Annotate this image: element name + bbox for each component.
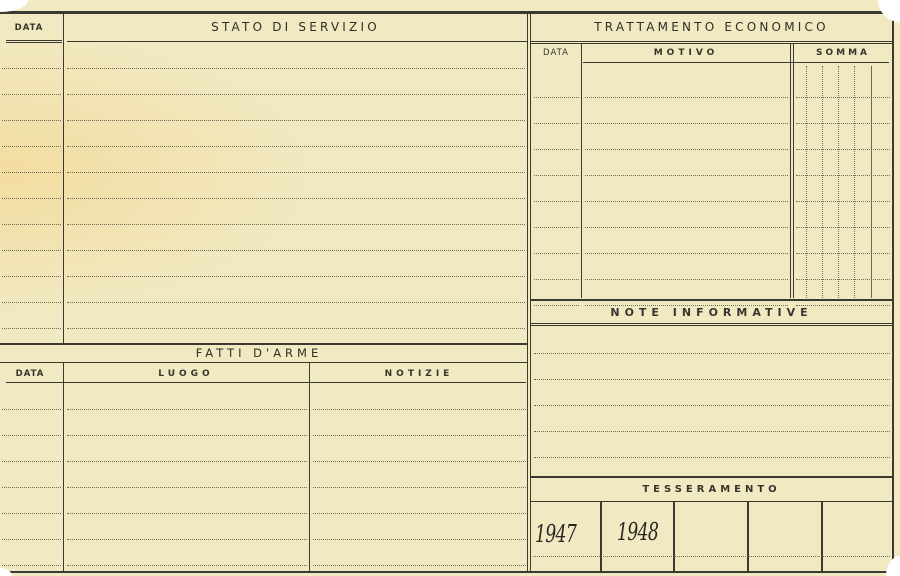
trattamento-somma-divider-b [793, 44, 794, 298]
note-title-rule [531, 323, 892, 324]
ruled-line [67, 302, 525, 303]
somma-dotted-col-2 [822, 66, 823, 298]
stato-header-rule-main [67, 41, 527, 42]
ruled-line [796, 97, 890, 98]
ruled-line [67, 68, 525, 69]
trattamento-title-rule-2 [531, 43, 892, 44]
ruled-line [67, 120, 525, 121]
tesseramento-cell-divider-4 [821, 502, 823, 571]
ruled-line [534, 201, 579, 202]
ruled-line [67, 435, 307, 436]
ruled-line [67, 328, 525, 329]
ruled-line [313, 435, 526, 436]
tesseramento-cell-divider-1 [600, 502, 602, 571]
fatti-notizie-header: NOTIZIE [311, 369, 527, 379]
top-border [0, 11, 894, 14]
ruled-line [796, 175, 890, 176]
ruled-line [67, 276, 525, 277]
note-informative-title: NOTE INFORMATIVE [531, 306, 892, 319]
somma-dotted-col-4 [854, 66, 855, 298]
somma-dotted-col-3 [838, 66, 839, 298]
ruled-line [534, 353, 890, 354]
ruled-line [585, 123, 788, 124]
ruled-line [67, 224, 525, 225]
ruled-line [67, 409, 307, 410]
ruled-line [534, 97, 579, 98]
ruled-line [2, 461, 61, 462]
fatti-header-rule [6, 382, 526, 383]
trattamento-data-divider [581, 44, 582, 298]
ruled-line [67, 513, 307, 514]
ruled-line [585, 227, 788, 228]
ruled-line [796, 227, 890, 228]
ruled-line [2, 94, 61, 95]
ruled-line [796, 149, 890, 150]
ruled-line [313, 409, 526, 410]
ruled-line [2, 276, 61, 277]
rounded-corner-top-right [878, 0, 900, 22]
ruled-line [2, 224, 61, 225]
ruled-line [2, 565, 61, 566]
ruled-line [2, 146, 61, 147]
ruled-line [67, 146, 525, 147]
ruled-line [585, 97, 788, 98]
ruled-line [534, 457, 890, 458]
fatti-data-header: DATA [0, 369, 60, 379]
tesseramento-year-1: 1947 [535, 520, 576, 548]
somma-cents-divider [871, 66, 872, 298]
ruled-line [2, 328, 61, 329]
trattamento-somma-header: SOMMA [795, 48, 891, 58]
ruled-line [67, 94, 525, 95]
ruled-line [2, 409, 61, 410]
tesseramento-title-rule [531, 501, 892, 502]
tesseramento-baseline [533, 556, 890, 557]
fatti-top-rule [0, 343, 528, 345]
ruled-line [585, 279, 788, 280]
note-top-rule [531, 299, 892, 301]
worn-corner-bottom-left [0, 568, 12, 576]
ruled-line [534, 227, 579, 228]
ruled-line [313, 487, 526, 488]
ruled-line [67, 461, 307, 462]
trattamento-header-rule [583, 62, 889, 63]
ruled-line [796, 279, 890, 280]
ruled-line [585, 175, 788, 176]
ruled-line [67, 565, 307, 566]
ruled-line [2, 120, 61, 121]
rounded-corner-bottom-right [886, 556, 900, 576]
fatti-d-arme-title: FATTI D'ARME [0, 346, 518, 360]
ruled-line [534, 379, 890, 380]
ruled-line [67, 172, 525, 173]
ruled-line [313, 539, 526, 540]
stato-header-rule-data [6, 40, 62, 41]
ruled-line [796, 253, 890, 254]
ruled-line [2, 198, 61, 199]
ruled-line [534, 149, 579, 150]
ruled-line [67, 487, 307, 488]
ruled-line [2, 302, 61, 303]
trattamento-data-header: DATA [531, 48, 581, 58]
right-border [892, 11, 894, 573]
ruled-line [2, 435, 61, 436]
trattamento-motivo-header: MOTIVO [583, 48, 789, 58]
ruled-line [534, 279, 579, 280]
somma-dotted-col-1 [806, 66, 807, 298]
ruled-line [313, 513, 526, 514]
ruled-line [67, 539, 307, 540]
tesseramento-year-2: 1948 [617, 518, 658, 546]
trattamento-title-rule [531, 41, 892, 42]
trattamento-economico-title: TRATTAMENTO ECONOMICO [531, 20, 892, 34]
stato-data-column-divider [63, 14, 64, 343]
ruled-line [796, 201, 890, 202]
tesseramento-cell-divider-2 [673, 502, 675, 571]
ruled-line [67, 250, 525, 251]
center-divider-a [527, 13, 528, 572]
personnel-record-card: DATA STATO DI SERVIZIO FATTI D'ARME DATA… [0, 0, 900, 576]
stato-di-servizio-title: STATO DI SERVIZIO [64, 20, 527, 34]
tesseramento-top-rule [531, 476, 892, 478]
fatti-luogo-header: LUOGO [64, 369, 308, 379]
ruled-line [67, 198, 525, 199]
ruled-line [2, 172, 61, 173]
ruled-line [534, 123, 579, 124]
ruled-line [585, 253, 788, 254]
ruled-line [585, 149, 788, 150]
ruled-line [2, 487, 61, 488]
ruled-line [585, 201, 788, 202]
ruled-line [313, 565, 526, 566]
stato-header-rule-data-2 [6, 42, 62, 43]
fatti-data-divider [63, 363, 64, 571]
ruled-line [2, 68, 61, 69]
tesseramento-cell-divider-3 [747, 502, 749, 571]
fatti-luogo-divider [309, 363, 310, 571]
ruled-line [2, 250, 61, 251]
ruled-line [534, 175, 579, 176]
trattamento-somma-divider-a [790, 44, 791, 298]
ruled-line [313, 461, 526, 462]
ruled-line [534, 431, 890, 432]
note-title-rule-2 [531, 325, 892, 326]
ruled-line [2, 539, 61, 540]
ruled-line [534, 253, 579, 254]
ruled-line [2, 513, 61, 514]
ruled-line [534, 405, 890, 406]
stato-data-header: DATA [0, 23, 58, 33]
tesseramento-title: TESSERAMENTO [531, 484, 892, 495]
fatti-title-rule [0, 362, 528, 363]
ruled-line [796, 123, 890, 124]
bottom-border [0, 571, 894, 573]
